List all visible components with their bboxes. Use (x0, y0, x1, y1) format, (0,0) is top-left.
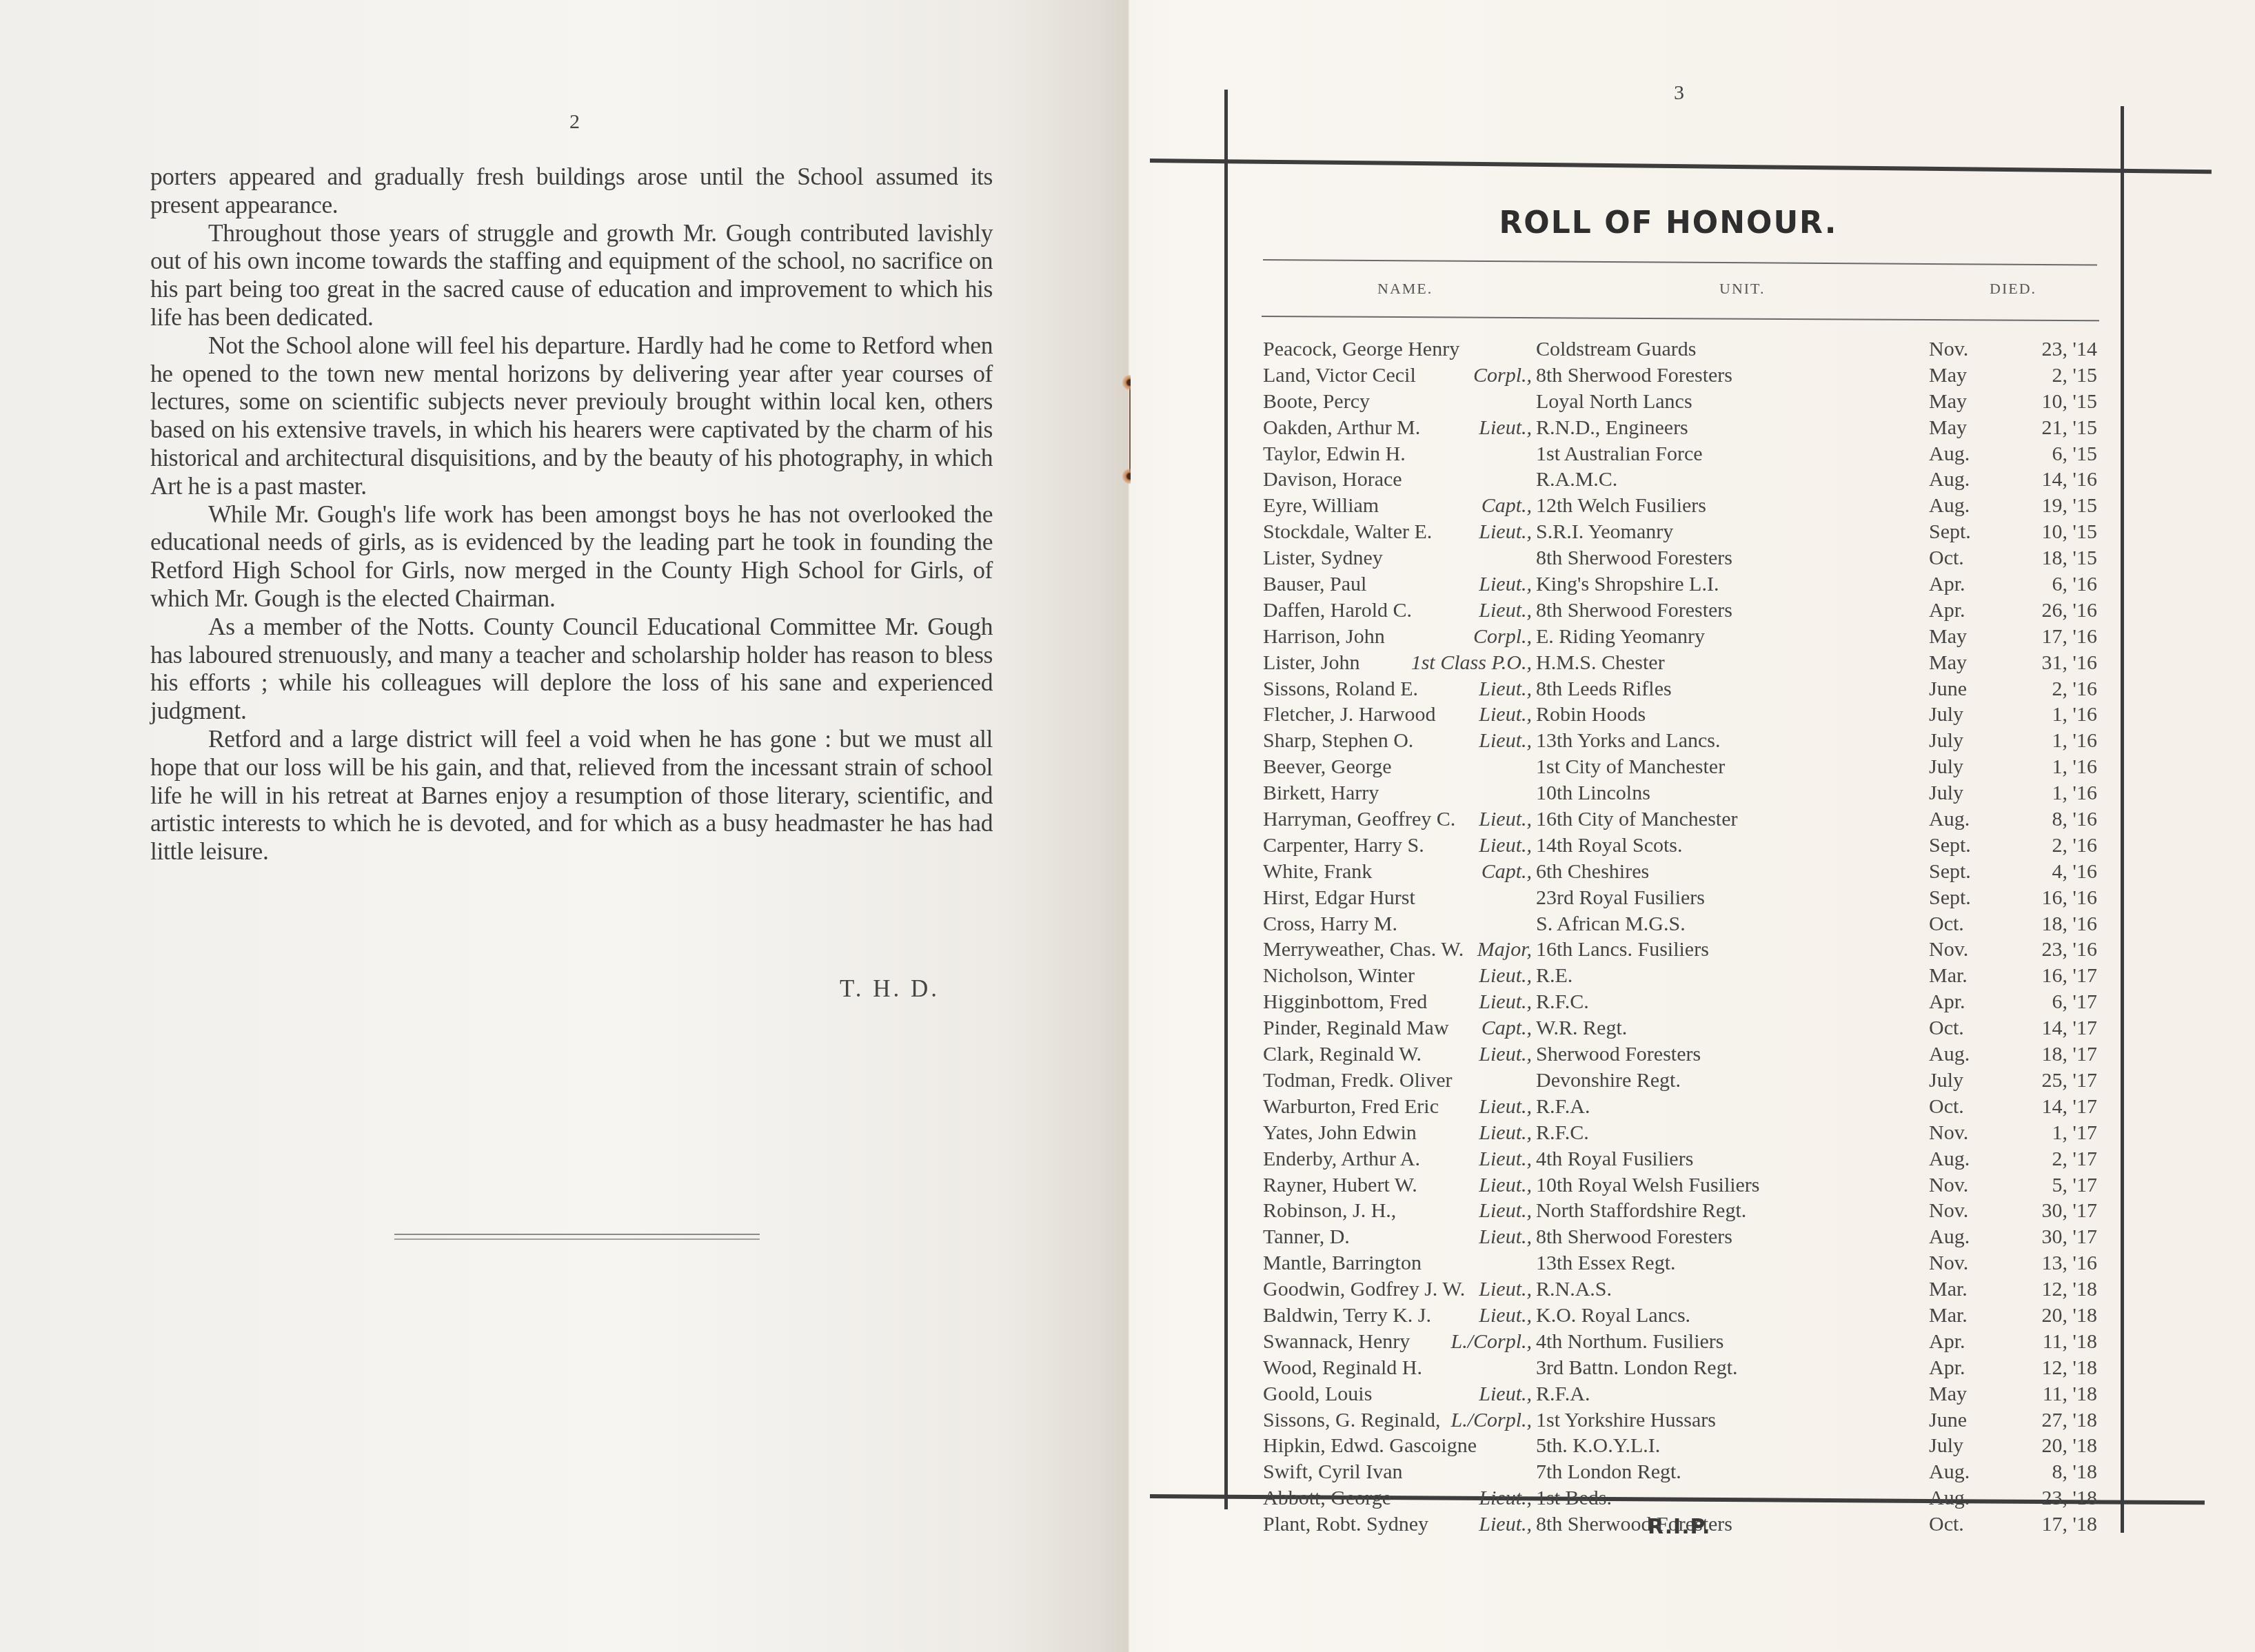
died-day-cell: 23, '16 (2042, 938, 2097, 961)
page-number-left: 2 (569, 110, 580, 134)
unit-cell: 4th Northum. Fusiliers (1536, 1330, 1724, 1354)
unit-cell: 8th Sherwood Foresters (1536, 364, 1732, 387)
table-row: Nicholson, WinterLieut.,R.E.Mar.16, '17 (1263, 964, 2097, 990)
rank-cell: Lieut., (1479, 1121, 1532, 1145)
died-month-cell: Mar. (1929, 1278, 1968, 1301)
unit-cell: R.F.C. (1536, 1121, 1589, 1145)
rank-cell: Lieut., (1479, 1304, 1532, 1327)
rank-cell: Lieut., (1479, 703, 1532, 726)
table-row: Eyre, WilliamCapt.,12th Welch FusiliersA… (1263, 494, 2097, 520)
died-day-cell: 18, '15 (2042, 547, 2097, 570)
name-cell: Wood, Reginald H. (1263, 1356, 1422, 1380)
name-cell: Harryman, Geoffrey C. (1263, 808, 1455, 831)
table-row: Hirst, Edgar Hurst23rd Royal FusiliersSe… (1263, 886, 2097, 912)
rank-cell: Lieut., (1479, 1199, 1532, 1223)
unit-cell: H.M.S. Chester (1536, 651, 1665, 675)
rank-cell: L./Corpl., (1450, 1409, 1532, 1432)
died-month-cell: Apr. (1929, 573, 1965, 596)
died-month-cell: Nov. (1929, 1199, 1968, 1223)
name-cell: Oakden, Arthur M. (1263, 416, 1420, 440)
died-day-cell: 11, '18 (2043, 1383, 2097, 1406)
died-month-cell: Oct. (1929, 547, 1964, 570)
unit-cell: 14th Royal Scots. (1536, 834, 1683, 857)
unit-cell: W.R. Regt. (1536, 1017, 1627, 1040)
unit-cell: 12th Welch Fusiliers (1536, 494, 1706, 518)
table-row: Goodwin, Godfrey J. W.Lieut.,R.N.A.S.Mar… (1263, 1278, 2097, 1304)
died-day-cell: 4, '16 (2052, 860, 2097, 884)
died-month-cell: Apr. (1929, 1330, 1965, 1354)
name-cell: Enderby, Arthur A. (1263, 1148, 1420, 1171)
table-row: Goold, LouisLieut.,R.F.A.May11, '18 (1263, 1383, 2097, 1409)
rank-cell: Lieut., (1479, 1095, 1532, 1119)
table-row: Baldwin, Terry K. J.Lieut.,K.O. Royal La… (1263, 1304, 2097, 1330)
rank-cell: Capt., (1482, 494, 1532, 518)
rank-cell: 1st Class P.O., (1411, 651, 1532, 675)
unit-cell: R.F.C. (1536, 990, 1589, 1014)
died-month-cell: Sept. (1929, 520, 1971, 544)
name-cell: Land, Victor Cecil (1263, 364, 1416, 387)
died-day-cell: 16, '17 (2042, 964, 2097, 988)
unit-cell: R.N.D., Engineers (1536, 416, 1688, 440)
name-cell: Todman, Fredk. Oliver (1263, 1069, 1453, 1092)
table-row: Sissons, Roland E.Lieut.,8th Leeds Rifle… (1263, 677, 2097, 704)
died-month-cell: Nov. (1929, 1252, 1968, 1275)
died-month-cell: Mar. (1929, 964, 1968, 988)
died-day-cell: 1, '16 (2052, 703, 2097, 726)
died-month-cell: Aug. (1929, 1148, 1970, 1171)
rank-cell: Lieut., (1479, 677, 1532, 701)
unit-cell: King's Shropshire L.I. (1536, 573, 1719, 596)
name-cell: Carpenter, Harry S. (1263, 834, 1424, 857)
died-day-cell: 17, '16 (2042, 625, 2097, 649)
rank-cell: Lieut., (1479, 1487, 1532, 1510)
died-day-cell: 23, '14 (2042, 338, 2097, 361)
rank-cell: Capt., (1482, 1017, 1532, 1040)
name-cell: Hirst, Edgar Hurst (1263, 886, 1415, 910)
name-cell: Goold, Louis (1263, 1383, 1372, 1406)
died-day-cell: 13, '16 (2042, 1252, 2097, 1275)
unit-cell: 8th Leeds Rifles (1536, 677, 1672, 701)
unit-cell: R.F.A. (1536, 1383, 1590, 1406)
unit-cell: K.O. Royal Lancs. (1536, 1304, 1690, 1327)
died-month-cell: Nov. (1929, 1174, 1968, 1197)
paragraph: Retford and a large district will feel a… (150, 725, 993, 866)
unit-cell: Coldstream Guards (1536, 338, 1696, 361)
died-month-cell: Apr. (1929, 599, 1965, 622)
rank-cell: Lieut., (1479, 573, 1532, 596)
name-cell: Sissons, G. Reginald, (1263, 1409, 1441, 1432)
table-row: Sissons, G. Reginald,L./Corpl.,1st Yorks… (1263, 1409, 2097, 1435)
rank-cell: Lieut., (1479, 834, 1532, 857)
name-cell: Plant, Robt. Sydney (1263, 1513, 1428, 1536)
rip-footer: R.I.P. (1648, 1515, 1711, 1539)
unit-cell: Loyal North Lancs (1536, 390, 1692, 414)
died-month-cell: May (1929, 416, 1967, 440)
died-month-cell: July (1929, 729, 1963, 753)
died-day-cell: 12, '18 (2042, 1356, 2097, 1380)
name-cell: Baldwin, Terry K. J. (1263, 1304, 1431, 1327)
died-day-cell: 6, '17 (2052, 990, 2097, 1014)
frame-left-rule (1224, 90, 1228, 1509)
table-row: Robinson, J. H.,Lieut.,North Staffordshi… (1263, 1199, 2097, 1225)
name-cell: Mantle, Barrington (1263, 1252, 1422, 1275)
table-row: Enderby, Arthur A.Lieut.,4th Royal Fusil… (1263, 1148, 2097, 1174)
name-cell: Hipkin, Edwd. Gascoigne (1263, 1434, 1477, 1458)
name-cell: Sharp, Stephen O. (1263, 729, 1413, 753)
died-month-cell: Nov. (1929, 938, 1968, 961)
died-day-cell: 14, '17 (2042, 1017, 2097, 1040)
page-number-right: 3 (1674, 81, 1684, 105)
died-day-cell: 14, '17 (2042, 1095, 2097, 1119)
name-cell: Lister, Sydney (1263, 547, 1383, 570)
died-day-cell: 25, '17 (2042, 1069, 2097, 1092)
unit-cell: 23rd Royal Fusiliers (1536, 886, 1705, 910)
died-month-cell: Oct. (1929, 1017, 1964, 1040)
table-row: Peacock, George HenryColdstream GuardsNo… (1263, 338, 2097, 364)
table-row: Yates, John EdwinLieut.,R.F.C.Nov.1, '17 (1263, 1121, 2097, 1148)
name-cell: Harrison, John (1263, 625, 1385, 649)
table-row: Oakden, Arthur M.Lieut.,R.N.D., Engineer… (1263, 416, 2097, 442)
died-month-cell: May (1929, 625, 1967, 649)
name-cell: Eyre, William (1263, 494, 1379, 518)
table-row: Bauser, PaulLieut.,King's Shropshire L.I… (1263, 573, 2097, 599)
table-row: Swift, Cyril Ivan7th London Regt.Aug.8, … (1263, 1460, 2097, 1487)
died-day-cell: 30, '17 (2042, 1225, 2097, 1249)
table-row: Swannack, HenryL./Corpl.,4th Northum. Fu… (1263, 1330, 2097, 1356)
died-day-cell: 12, '18 (2042, 1278, 2097, 1301)
unit-cell: 7th London Regt. (1536, 1460, 1681, 1484)
died-day-cell: 27, '18 (2042, 1409, 2097, 1432)
rank-cell: Lieut., (1479, 599, 1532, 622)
name-cell: Birkett, Harry (1263, 782, 1379, 805)
name-cell: White, Frank (1263, 860, 1372, 884)
name-cell: Beever, George (1263, 755, 1392, 779)
rank-cell: Corpl., (1473, 625, 1532, 649)
died-month-cell: July (1929, 1434, 1963, 1458)
died-day-cell: 1, '17 (2052, 1121, 2097, 1145)
name-cell: Sissons, Roland E. (1263, 677, 1418, 701)
died-month-cell: July (1929, 755, 1963, 779)
died-day-cell: 6, '15 (2052, 442, 2097, 466)
unit-cell: R.F.A. (1536, 1095, 1590, 1119)
name-cell: Davison, Horace (1263, 468, 1402, 491)
unit-cell: S. African M.G.S. (1536, 912, 1686, 936)
table-row: Tanner, D.Lieut.,8th Sherwood ForestersA… (1263, 1225, 2097, 1252)
table-row: Merryweather, Chas. W.Major,16th Lancs. … (1263, 938, 2097, 964)
table-row: Rayner, Hubert W.Lieut.,10th Royal Welsh… (1263, 1174, 2097, 1200)
rank-cell: Lieut., (1479, 1043, 1532, 1066)
booklet-spread: 2 porters appeared and gradually fresh b… (0, 0, 2255, 1652)
died-month-cell: July (1929, 703, 1963, 726)
table-row: Beever, George1st City of ManchesterJuly… (1263, 755, 2097, 782)
died-day-cell: 10, '15 (2042, 520, 2097, 544)
name-cell: Cross, Harry M. (1263, 912, 1397, 936)
died-month-cell: May (1929, 651, 1967, 675)
column-header-name: NAME. (1377, 280, 1433, 298)
died-month-cell: June (1929, 677, 1967, 701)
rank-cell: Corpl., (1473, 364, 1532, 387)
name-cell: Lister, John (1263, 651, 1359, 675)
unit-cell: 13th Essex Regt. (1536, 1252, 1676, 1275)
unit-cell: Devonshire Regt. (1536, 1069, 1681, 1092)
died-day-cell: 23, '18 (2042, 1487, 2097, 1510)
died-day-cell: 18, '16 (2042, 912, 2097, 936)
died-day-cell: 26, '16 (2042, 599, 2097, 622)
name-cell: Taylor, Edwin H. (1263, 442, 1406, 466)
name-cell: Swift, Cyril Ivan (1263, 1460, 1403, 1484)
table-row: Cross, Harry M.S. African M.G.S.Oct.18, … (1263, 912, 2097, 939)
name-cell: Robinson, J. H., (1263, 1199, 1396, 1223)
died-month-cell: Apr. (1929, 990, 1965, 1014)
died-month-cell: Oct. (1929, 912, 1964, 936)
died-day-cell: 20, '18 (2042, 1434, 2097, 1458)
table-row: Daffen, Harold C.Lieut.,8th Sherwood For… (1263, 599, 2097, 625)
unit-cell: Robin Hoods (1536, 703, 1646, 726)
died-month-cell: Oct. (1929, 1513, 1964, 1536)
table-row: Harrison, JohnCorpl.,E. Riding YeomanryM… (1263, 625, 2097, 651)
rank-cell: Lieut., (1479, 1383, 1532, 1406)
table-row: Sharp, Stephen O.Lieut.,13th Yorks and L… (1263, 729, 2097, 755)
unit-cell: Sherwood Foresters (1536, 1043, 1701, 1066)
died-day-cell: 21, '15 (2042, 416, 2097, 440)
paragraph: porters appeared and gradually fresh bui… (150, 163, 993, 219)
died-month-cell: July (1929, 1069, 1963, 1092)
died-day-cell: 31, '16 (2042, 651, 2097, 675)
name-cell: Stockdale, Walter E. (1263, 520, 1432, 544)
died-day-cell: 8, '18 (2052, 1460, 2097, 1484)
died-month-cell: Sept. (1929, 834, 1971, 857)
died-month-cell: Sept. (1929, 860, 1971, 884)
unit-cell: 16th Lancs. Fusiliers (1536, 938, 1709, 961)
rank-cell: Lieut., (1479, 729, 1532, 753)
name-cell: Bauser, Paul (1263, 573, 1366, 596)
name-cell: Merryweather, Chas. W. (1263, 938, 1464, 961)
table-row: Land, Victor CecilCorpl.,8th Sherwood Fo… (1263, 364, 2097, 390)
table-row: Harryman, Geoffrey C.Lieut.,16th City of… (1263, 808, 2097, 834)
died-day-cell: 2, '15 (2052, 364, 2097, 387)
died-month-cell: May (1929, 1383, 1967, 1406)
table-row: Warburton, Fred EricLieut.,R.F.A.Oct.14,… (1263, 1095, 2097, 1121)
died-month-cell: Aug. (1929, 468, 1970, 491)
column-header-unit: UNIT. (1719, 280, 1765, 298)
died-month-cell: Sept. (1929, 886, 1971, 910)
name-cell: Boote, Percy (1263, 390, 1370, 414)
died-month-cell: Nov. (1929, 1121, 1968, 1145)
table-row: Boote, PercyLoyal North LancsMay10, '15 (1263, 390, 2097, 416)
died-day-cell: 8, '16 (2052, 808, 2097, 831)
name-cell: Higginbottom, Fred (1263, 990, 1427, 1014)
name-cell: Yates, John Edwin (1263, 1121, 1417, 1145)
table-row: Stockdale, Walter E.Lieut.,S.R.I. Yeoman… (1263, 520, 2097, 547)
name-cell: Fletcher, J. Harwood (1263, 703, 1435, 726)
table-row: Carpenter, Harry S.Lieut.,14th Royal Sco… (1263, 834, 2097, 860)
name-cell: Daffen, Harold C. (1263, 599, 1412, 622)
rank-cell: Lieut., (1479, 1278, 1532, 1301)
died-month-cell: Mar. (1929, 1304, 1968, 1327)
unit-cell: 8th Sherwood Foresters (1536, 1225, 1732, 1249)
frame-right-rule (2121, 106, 2124, 1533)
died-day-cell: 6, '16 (2052, 573, 2097, 596)
unit-cell: 6th Cheshires (1536, 860, 1649, 884)
died-day-cell: 10, '15 (2042, 390, 2097, 414)
died-day-cell: 14, '16 (2042, 468, 2097, 491)
table-row: Higginbottom, FredLieut.,R.F.C.Apr.6, '1… (1263, 990, 2097, 1017)
table-row: Hipkin, Edwd. Gascoigne5th. K.O.Y.L.I.Ju… (1263, 1434, 2097, 1460)
name-cell: Swannack, Henry (1263, 1330, 1410, 1354)
unit-cell: 13th Yorks and Lancs. (1536, 729, 1721, 753)
table-row: Pinder, Reginald MawCapt.,W.R. Regt.Oct.… (1263, 1017, 2097, 1043)
table-row: Todman, Fredk. OliverDevonshire Regt.Jul… (1263, 1069, 2097, 1095)
rank-cell: Lieut., (1479, 990, 1532, 1014)
rank-cell: Capt., (1482, 860, 1532, 884)
died-month-cell: Aug. (1929, 1043, 1970, 1066)
rank-cell: Lieut., (1479, 1174, 1532, 1197)
name-cell: Clark, Reginald W. (1263, 1043, 1422, 1066)
unit-cell: 1st Beds. (1536, 1487, 1612, 1510)
unit-cell: 10th Lincolns (1536, 782, 1650, 805)
died-month-cell: Aug. (1929, 442, 1970, 466)
paragraph: While Mr. Gough's life work has been amo… (150, 500, 993, 613)
died-day-cell: 2, '17 (2052, 1148, 2097, 1171)
table-row: Abbott, GeorgeLieut.,1st Beds.Aug.23, '1… (1263, 1487, 2097, 1513)
died-day-cell: 18, '17 (2042, 1043, 2097, 1066)
unit-cell: North Staffordshire Regt. (1536, 1199, 1746, 1223)
table-row: Mantle, Barrington13th Essex Regt.Nov.13… (1263, 1252, 2097, 1278)
rank-cell: Lieut., (1479, 1225, 1532, 1249)
died-day-cell: 30, '17 (2042, 1199, 2097, 1223)
unit-cell: 8th Sherwood Foresters (1536, 547, 1732, 570)
unit-cell: 5th. K.O.Y.L.I. (1536, 1434, 1660, 1458)
unit-cell: S.R.I. Yeomanry (1536, 520, 1673, 544)
died-month-cell: Aug. (1929, 1460, 1970, 1484)
died-month-cell: Aug. (1929, 1225, 1970, 1249)
name-cell: Pinder, Reginald Maw (1263, 1017, 1449, 1040)
column-header-died: DIED. (1990, 280, 2036, 298)
rank-cell: Lieut., (1479, 1513, 1532, 1536)
unit-cell: 1st Yorkshire Hussars (1536, 1409, 1716, 1432)
rank-cell: Major, (1477, 938, 1532, 961)
died-day-cell: 2, '16 (2052, 677, 2097, 701)
table-row: Wood, Reginald H.3rd Battn. London Regt.… (1263, 1356, 2097, 1383)
rank-cell: Lieut., (1479, 964, 1532, 988)
died-day-cell: 1, '16 (2052, 782, 2097, 805)
name-cell: Goodwin, Godfrey J. W. (1263, 1278, 1465, 1301)
name-cell: Abbott, George (1263, 1487, 1391, 1510)
rank-cell: Lieut., (1479, 1148, 1532, 1171)
unit-cell: 1st City of Manchester (1536, 755, 1725, 779)
name-cell: Nicholson, Winter (1263, 964, 1415, 988)
name-cell: Warburton, Fred Eric (1263, 1095, 1439, 1119)
table-row: White, FrankCapt.,6th CheshiresSept.4, '… (1263, 860, 2097, 886)
table-row: Taylor, Edwin H.1st Australian ForceAug.… (1263, 442, 2097, 469)
table-row: Lister, Sydney8th Sherwood ForestersOct.… (1263, 547, 2097, 573)
rank-cell: Lieut., (1479, 520, 1532, 544)
paragraph: As a member of the Notts. County Council… (150, 613, 993, 725)
rank-cell: Lieut., (1479, 416, 1532, 440)
unit-cell: 1st Australian Force (1536, 442, 1703, 466)
died-day-cell: 2, '16 (2052, 834, 2097, 857)
died-day-cell: 1, '16 (2052, 755, 2097, 779)
unit-cell: 16th City of Manchester (1536, 808, 1737, 831)
rank-cell: Lieut., (1479, 808, 1532, 831)
died-month-cell: May (1929, 364, 1967, 387)
died-month-cell: June (1929, 1409, 1967, 1432)
article-body: porters appeared and gradually fresh bui… (150, 163, 993, 866)
table-row: Fletcher, J. HarwoodLieut.,Robin HoodsJu… (1263, 703, 2097, 729)
died-day-cell: 1, '16 (2052, 729, 2097, 753)
roll-of-honour-table: Peacock, George HenryColdstream GuardsNo… (1263, 338, 2097, 1539)
unit-cell: 10th Royal Welsh Fusiliers (1536, 1174, 1760, 1197)
died-month-cell: May (1929, 390, 1967, 414)
died-day-cell: 16, '16 (2042, 886, 2097, 910)
died-month-cell: Oct. (1929, 1095, 1964, 1119)
paragraph: Throughout those years of struggle and g… (150, 219, 993, 332)
died-day-cell: 19, '15 (2042, 494, 2097, 518)
died-day-cell: 20, '18 (2042, 1304, 2097, 1327)
section-divider (394, 1234, 760, 1240)
died-day-cell: 17, '18 (2042, 1513, 2097, 1536)
author-initials: T. H. D. (840, 975, 940, 1003)
table-row: Lister, John1st Class P.O.,H.M.S. Cheste… (1263, 651, 2097, 677)
unit-cell: 3rd Battn. London Regt. (1536, 1356, 1737, 1380)
died-day-cell: 11, '18 (2043, 1330, 2097, 1354)
died-month-cell: Aug. (1929, 494, 1970, 518)
unit-cell: R.N.A.S. (1536, 1278, 1612, 1301)
name-cell: Rayner, Hubert W. (1263, 1174, 1417, 1197)
died-month-cell: Aug. (1929, 1487, 1970, 1510)
table-row: Birkett, Harry10th LincolnsJuly1, '16 (1263, 782, 2097, 808)
died-day-cell: 5, '17 (2052, 1174, 2097, 1197)
unit-cell: E. Riding Yeomanry (1536, 625, 1705, 649)
rank-cell: L./Corpl., (1450, 1330, 1532, 1354)
name-cell: Tanner, D. (1263, 1225, 1350, 1249)
unit-cell: 8th Sherwood Foresters (1536, 599, 1732, 622)
died-month-cell: July (1929, 782, 1963, 805)
died-month-cell: Nov. (1929, 338, 1968, 361)
unit-cell: R.E. (1536, 964, 1573, 988)
unit-cell: R.A.M.C. (1536, 468, 1617, 491)
paragraph: Not the School alone will feel his depar… (150, 332, 993, 500)
table-row: Clark, Reginald W.Lieut.,Sherwood Forest… (1263, 1043, 2097, 1069)
table-row: Davison, HoraceR.A.M.C.Aug.14, '16 (1263, 468, 2097, 494)
name-cell: Peacock, George Henry (1263, 338, 1459, 361)
died-month-cell: Apr. (1929, 1356, 1965, 1380)
died-month-cell: Aug. (1929, 808, 1970, 831)
roll-of-honour-title: ROLL OF HONOUR. (1448, 205, 1889, 241)
unit-cell: 4th Royal Fusiliers (1536, 1148, 1693, 1171)
